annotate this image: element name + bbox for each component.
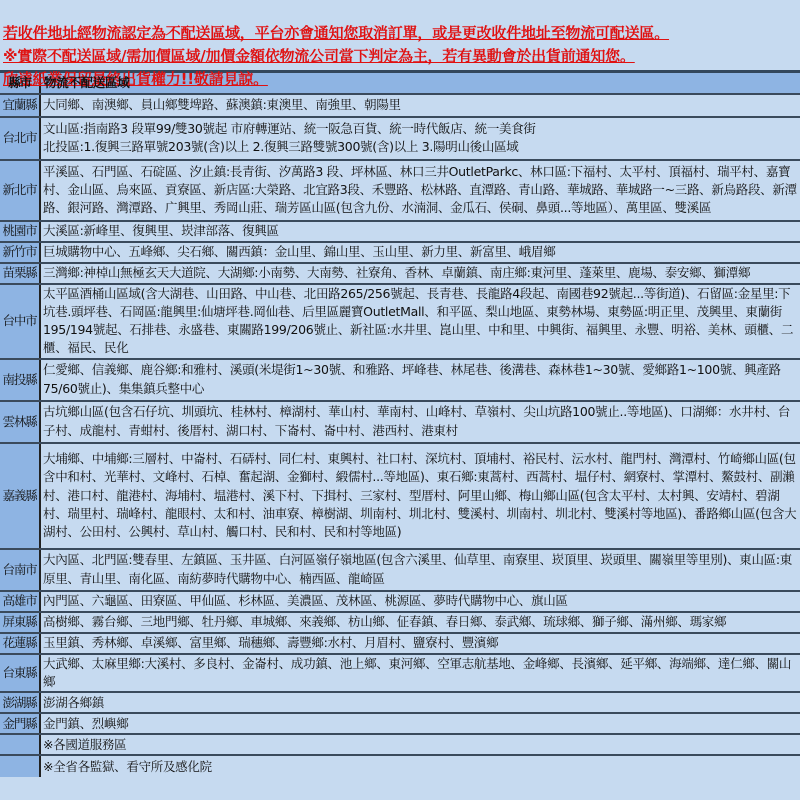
table-row: 桃園市 大溪區:新峰里、復興里、崁津部落、復興區 [0, 221, 800, 242]
county-cell [0, 734, 40, 755]
county-cell: 桃園市 [0, 221, 40, 242]
table-row: 澎湖縣 澎湖各鄉鎮 [0, 692, 800, 713]
county-cell: 南投縣 [0, 359, 40, 401]
table-row: 嘉義縣 大埔鄉、中埔鄉:三層村、中崙村、石硦村、同仁村、東興村、社口村、深坑村、… [0, 443, 800, 549]
table-row: 台南市 大內區、北門區:雙春里、左鎮區、玉井區、白河區嶺仔嶺地區(包含六溪里、仙… [0, 549, 800, 591]
table-row: 新北市 平溪區、石門區、石碇區、汐止鎮:長青街、汐萬路3 段、坪林區、林口三井O… [0, 160, 800, 221]
areas-cell: ※全省各監獄、看守所及感化院 [40, 755, 800, 777]
county-cell: 台中市 [0, 284, 40, 359]
county-cell: 苗栗縣 [0, 263, 40, 284]
areas-cell: 玉里鎮、秀林鄉、卓溪鄉、富里鄉、瑞穗鄉、壽豐鄉:水村、月眉村、鹽寮村、豐濱鄉 [40, 633, 800, 654]
areas-cell: 大埔鄉、中埔鄉:三層村、中崙村、石硦村、同仁村、東興村、社口村、深坑村、頂埔村、… [40, 443, 800, 549]
county-cell: 宜蘭縣 [0, 94, 40, 117]
table-row: 花蓮縣 玉里鎮、秀林鄉、卓溪鄉、富里鄉、瑞穗鄉、壽豐鄉:水村、月眉村、鹽寮村、豐… [0, 633, 800, 654]
county-cell: 台南市 [0, 549, 40, 591]
notice-line-1: 若收件地址經物流認定為不配送區域，平台亦會通知您取消訂單，或是更改收件地址至物流… [3, 22, 800, 45]
table-row: 屏東縣 高樹鄉、霧台鄉、三地門鄉、牡丹鄉、車城鄉、來義鄉、枋山鄉、佂春鎮、春日鄉… [0, 612, 800, 633]
table-row: 新竹市 巨城購物中心、五峰鄉、尖石鄉、關西鎮：金山里、錦山里、玉山里、新力里、新… [0, 242, 800, 263]
county-cell [0, 755, 40, 777]
areas-cell: 巨城購物中心、五峰鄉、尖石鄉、關西鎮：金山里、錦山里、玉山里、新力里、新富里、峨… [40, 242, 800, 263]
county-cell: 屏東縣 [0, 612, 40, 633]
county-cell: 花蓮縣 [0, 633, 40, 654]
table-header-row: 縣市 物流不配送區域 [0, 72, 800, 94]
county-cell: 金門縣 [0, 713, 40, 734]
table-row: 台中市 太平區酒桶山區域(含大湖巷、山田路、中山巷、北田路265/256號起、長… [0, 284, 800, 359]
delivery-notice: 若收件地址經物流認定為不配送區域，平台亦會通知您取消訂單，或是更改收件地址至物流… [0, 0, 800, 70]
areas-cell: 三灣鄉:神棹山無極玄天大道院、大湖鄉:小南勢、大南勢、社寮角、香林、卓蘭鎮、南庄… [40, 263, 800, 284]
areas-cell: 太平區酒桶山區域(含大湖巷、山田路、中山巷、北田路265/256號起、長青巷、長… [40, 284, 800, 359]
areas-cell: 大同鄉、南澳鄉、員山鄉雙埤路、蘇澳鎮:東澳里、南強里、朝陽里 [40, 94, 800, 117]
county-cell: 高雄市 [0, 591, 40, 612]
areas-cell: 內門區、六龜區、田寮區、甲仙區、杉林區、美濃區、茂林區、桃源區、夢時代購物中心、… [40, 591, 800, 612]
table-row: 台東縣 大武鄉、太麻里鄉:大溪村、多良村、金崙村、成功鎮、池上鄉、東河鄉、空軍志… [0, 654, 800, 693]
areas-cell: 金門鎮、烈嶼鄉 [40, 713, 800, 734]
areas-cell: 古坑鄉山區(包含石仔坑、圳頭坑、桂林村、樟湖村、華山村、華南村、山峰村、草嶺村、… [40, 401, 800, 443]
county-cell: 台北市 [0, 117, 40, 160]
table-row: 台北市 文山區:指南路3 段單99/雙30號起 市府轉運站、統一阪急百貨、統一時… [0, 117, 800, 160]
table-row: 高雄市 內門區、六龜區、田寮區、甲仙區、杉林區、美濃區、茂林區、桃源區、夢時代購… [0, 591, 800, 612]
county-cell: 嘉義縣 [0, 443, 40, 549]
county-cell: 台東縣 [0, 654, 40, 693]
table-row: 苗栗縣 三灣鄉:神棹山無極玄天大道院、大湖鄉:小南勢、大南勢、社寮角、香林、卓蘭… [0, 263, 800, 284]
county-cell: 雲林縣 [0, 401, 40, 443]
areas-cell: 文山區:指南路3 段單99/雙30號起 市府轉運站、統一阪急百貨、統一時代飯店、… [40, 117, 800, 160]
table-row: 南投縣 仁愛鄉、信義鄉、鹿谷鄉:和雅村、溪頭(米堤街1~30號、和雅路、坪峰巷、… [0, 359, 800, 401]
area-line: 文山區:指南路3 段單99/雙30號起 市府轉運站、統一阪急百貨、統一時代飯店、… [43, 120, 800, 138]
county-cell: 新北市 [0, 160, 40, 221]
county-cell: 澎湖縣 [0, 692, 40, 713]
areas-cell: 高樹鄉、霧台鄉、三地門鄉、牡丹鄉、車城鄉、來義鄉、枋山鄉、佂春鎮、春日鄉、泰武鄉… [40, 612, 800, 633]
area-line: 北投區:1.復興三路單號203號(含)以上 2.復興三路雙號300號(含)以上 … [43, 138, 800, 156]
areas-cell: 大武鄉、太麻里鄉:大溪村、多良村、金崙村、成功鎮、池上鄉、東河鄉、空軍志航基地、… [40, 654, 800, 693]
notice-line-2: ※實際不配送區域/需加價區域/加價金額依物流公司當下判定為主，若有異動會於出貨前… [3, 45, 800, 68]
table-row: 金門縣 金門鎮、烈嶼鄉 [0, 713, 800, 734]
areas-cell: 仁愛鄉、信義鄉、鹿谷鄉:和雅村、溪頭(米堤街1~30號、和雅路、坪峰巷、林尾巷、… [40, 359, 800, 401]
areas-cell: 平溪區、石門區、石碇區、汐止鎮:長青街、汐萬路3 段、坪林區、林口三井Outle… [40, 160, 800, 221]
non-delivery-zones-table: 縣市 物流不配送區域 宜蘭縣 大同鄉、南澳鄉、員山鄉雙埤路、蘇澳鎮:東澳里、南強… [0, 70, 800, 777]
areas-cell: 大溪區:新峰里、復興里、崁津部落、復興區 [40, 221, 800, 242]
table-row: ※全省各監獄、看守所及感化院 [0, 755, 800, 777]
county-cell: 新竹市 [0, 242, 40, 263]
table-row: ※各國道服務區 [0, 734, 800, 755]
areas-cell: 大內區、北門區:雙春里、左鎮區、玉井區、白河區嶺仔嶺地區(包含六溪里、仙草里、南… [40, 549, 800, 591]
areas-cell: ※各國道服務區 [40, 734, 800, 755]
areas-cell: 澎湖各鄉鎮 [40, 692, 800, 713]
table-row: 宜蘭縣 大同鄉、南澳鄉、員山鄉雙埤路、蘇澳鎮:東澳里、南強里、朝陽里 [0, 94, 800, 117]
table-row: 雲林縣 古坑鄉山區(包含石仔坑、圳頭坑、桂林村、樟湖村、華山村、華南村、山峰村、… [0, 401, 800, 443]
